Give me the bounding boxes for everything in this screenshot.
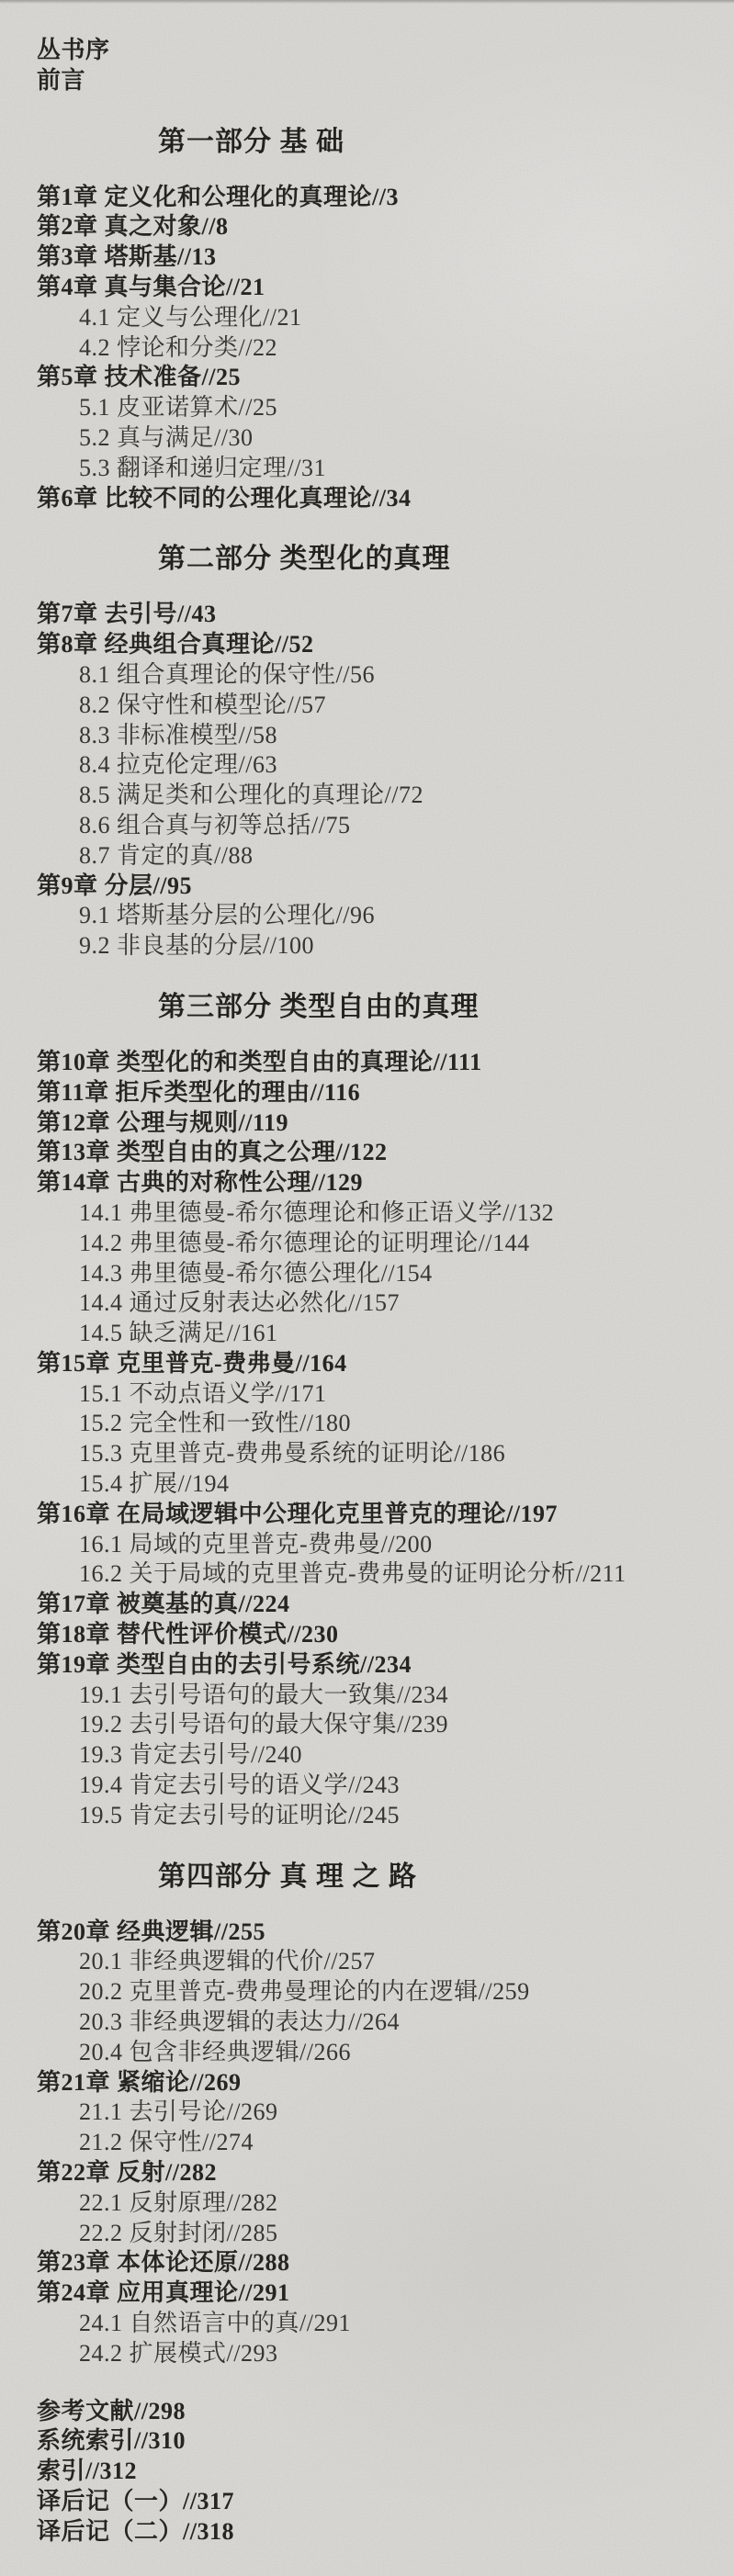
toc-section-entry: 15.3 克里普克-费弗曼系统的证明论//186 [0,1439,734,1469]
part-heading: 第二部分 类型化的真理 [0,543,734,576]
toc-section-entry: 4.2 悖论和分类//22 [0,333,734,364]
toc-chapter-entry: 第16章 在局域逻辑中公理化克里普克的理论//197 [0,1500,734,1530]
part-entries: 第7章 去引号//43第8章 经典组合真理论//528.1 组合真理论的保守性/… [0,600,734,962]
toc-chapter-entry: 第9章 分层//95 [0,872,734,902]
back-matter-item: 译后记（二）//318 [0,2517,734,2548]
toc-section-entry: 19.3 肯定去引号//240 [0,1740,734,1771]
toc-chapter-entry: 第6章 比较不同的公理化真理论//34 [0,484,734,514]
toc-section-entry: 21.1 去引号论//269 [0,2098,734,2128]
toc-section-entry: 9.2 非良基的分层//100 [0,931,734,962]
toc-section-entry: 14.4 通过反射表达必然化//157 [0,1288,734,1319]
toc-section-entry: 8.3 非标准模型//58 [0,721,734,751]
toc-chapter-entry: 第20章 经典逻辑//255 [0,1918,734,1948]
toc-section-entry: 8.4 拉克伦定理//63 [0,750,734,781]
back-matter-item: 译后记（一）//317 [0,2487,734,2517]
toc-chapter-entry: 第13章 类型自由的真之公理//122 [0,1138,734,1168]
toc-chapter-entry: 第14章 古典的对称性公理//129 [0,1168,734,1198]
toc-section-entry: 15.1 不动点语义学//171 [0,1379,734,1410]
part-entries: 第1章 定义化和公理化的真理论//3第2章 真之对象//8第3章 塔斯基//13… [0,183,734,514]
toc-chapter-entry: 第4章 真与集合论//21 [0,273,734,303]
front-matter-item: 前言 [0,66,734,96]
toc-section-entry: 20.4 包含非经典逻辑//266 [0,2038,734,2068]
toc-chapter-entry: 第5章 技术准备//25 [0,363,734,393]
toc-section-entry: 20.2 克里普克-费弗曼理论的内在逻辑//259 [0,1977,734,2008]
toc-chapter-entry: 第21章 紧缩论//269 [0,2068,734,2098]
toc-chapter-entry: 第12章 公理与规则//119 [0,1108,734,1139]
toc-chapter-entry: 第10章 类型化的和类型自由的真理论//111 [0,1048,734,1078]
toc-page: 丛书序前言第一部分 基 础第1章 定义化和公理化的真理论//3第2章 真之对象/… [0,0,734,2576]
back-matter-item: 索引//312 [0,2457,734,2487]
toc-section-entry: 19.1 去引号语句的最大一致集//234 [0,1681,734,1711]
part-entries: 第10章 类型化的和类型自由的真理论//111第11章 拒斥类型化的理由//11… [0,1048,734,1831]
toc-section-entry: 9.1 塔斯基分层的公理化//96 [0,901,734,931]
toc-section-entry: 5.3 翻译和递归定理//31 [0,454,734,484]
toc-section-entry: 22.2 反射封闭//285 [0,2219,734,2249]
toc-chapter-entry: 第11章 拒斥类型化的理由//116 [0,1078,734,1108]
toc-section-entry: 19.4 肯定去引号的语义学//243 [0,1771,734,1801]
toc-chapter-entry: 第2章 真之对象//8 [0,212,734,242]
toc-section-entry: 15.4 扩展//194 [0,1469,734,1500]
toc-section-entry: 15.2 完全性和一致性//180 [0,1409,734,1439]
toc-content: 丛书序前言第一部分 基 础第1章 定义化和公理化的真理论//3第2章 真之对象/… [0,0,734,2548]
toc-chapter-entry: 第19章 类型自由的去引号系统//234 [0,1650,734,1681]
part-heading: 第四部分 真 理 之 路 [0,1861,734,1894]
back-matter: 参考文献//298系统索引//310索引//312译后记（一）//317译后记（… [0,2397,734,2548]
back-matter-item: 参考文献//298 [0,2397,734,2427]
toc-section-entry: 8.1 组合真理论的保守性//56 [0,660,734,691]
part-heading: 第三部分 类型自由的真理 [0,991,734,1024]
part-heading: 第一部分 基 础 [0,126,734,159]
toc-section-entry: 21.2 保守性//274 [0,2128,734,2158]
toc-chapter-entry: 第8章 经典组合真理论//52 [0,630,734,660]
toc-section-entry: 4.1 定义与公理化//21 [0,303,734,333]
toc-section-entry: 8.2 保守性和模型论//57 [0,691,734,721]
toc-chapter-entry: 第1章 定义化和公理化的真理论//3 [0,183,734,213]
toc-section-entry: 20.3 非经典逻辑的表达力//264 [0,2008,734,2038]
toc-section-entry: 5.2 真与满足//30 [0,423,734,454]
toc-section-entry: 14.1 弗里德曼-希尔德理论和修正语义学//132 [0,1198,734,1229]
toc-section-entry: 24.1 自然语言中的真//291 [0,2309,734,2339]
toc-section-entry: 8.6 组合真与初等总括//75 [0,811,734,841]
toc-section-entry: 20.1 非经典逻辑的代价//257 [0,1947,734,1977]
back-matter-item: 系统索引//310 [0,2426,734,2457]
toc-chapter-entry: 第3章 塔斯基//13 [0,242,734,273]
front-matter-item: 丛书序 [0,36,734,66]
toc-chapter-entry: 第23章 本体论还原//288 [0,2248,734,2278]
toc-section-entry: 14.2 弗里德曼-希尔德理论的证明理论//144 [0,1229,734,1259]
toc-section-entry: 8.5 满足类和公理化的真理论//72 [0,781,734,811]
toc-section-entry: 16.1 局域的克里普克-费弗曼//200 [0,1530,734,1560]
toc-section-entry: 8.7 肯定的真//88 [0,841,734,872]
toc-section-entry: 19.2 去引号语句的最大保守集//239 [0,1710,734,1740]
toc-chapter-entry: 第7章 去引号//43 [0,600,734,630]
part-entries: 第20章 经典逻辑//25520.1 非经典逻辑的代价//25720.2 克里普… [0,1918,734,2369]
toc-chapter-entry: 第17章 被奠基的真//224 [0,1590,734,1620]
toc-section-entry: 14.5 缺乏满足//161 [0,1319,734,1349]
toc-section-entry: 22.1 反射原理//282 [0,2188,734,2219]
toc-section-entry: 24.2 扩展模式//293 [0,2339,734,2369]
toc-chapter-entry: 第18章 替代性评价模式//230 [0,1620,734,1650]
toc-section-entry: 16.2 关于局域的克里普克-费弗曼的证明论分析//211 [0,1559,734,1590]
toc-section-entry: 14.3 弗里德曼-希尔德公理化//154 [0,1259,734,1289]
toc-chapter-entry: 第15章 克里普克-费弗曼//164 [0,1349,734,1379]
toc-section-entry: 19.5 肯定去引号的证明论//245 [0,1801,734,1831]
toc-chapter-entry: 第22章 反射//282 [0,2158,734,2188]
toc-section-entry: 5.1 皮亚诺算术//25 [0,393,734,423]
toc-chapter-entry: 第24章 应用真理论//291 [0,2278,734,2309]
